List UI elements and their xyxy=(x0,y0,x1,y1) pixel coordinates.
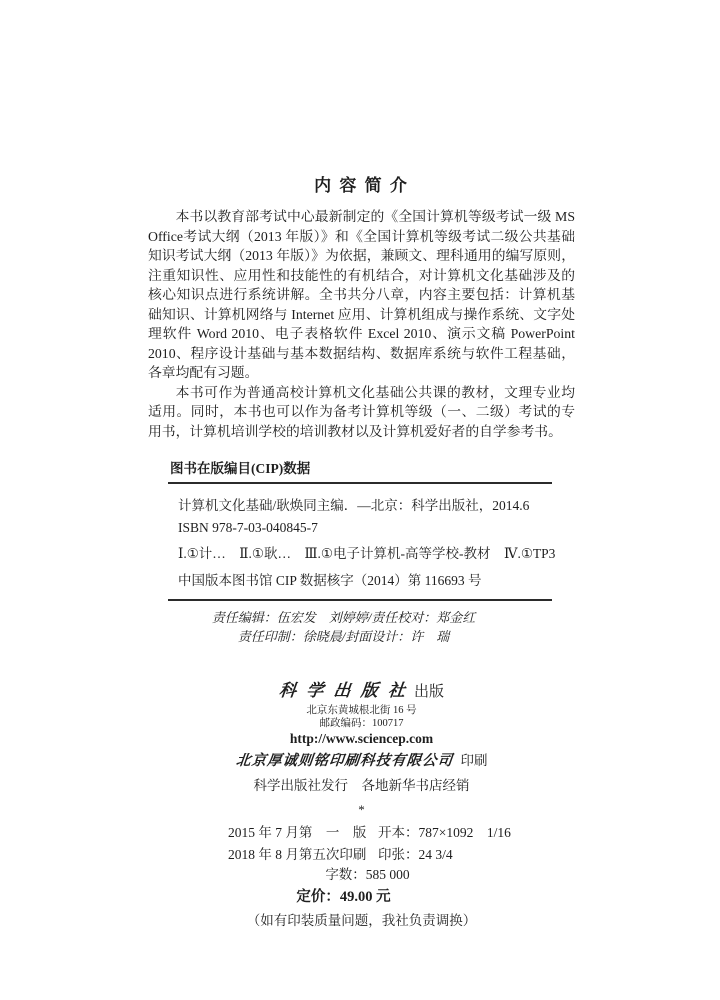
cip-heading: 图书在版编目(CIP)数据 xyxy=(148,460,575,477)
cip-classification: Ⅰ.①计… Ⅱ.①耿… Ⅲ.①电子计算机-高等学校-教材 Ⅳ.①TP3 xyxy=(178,545,575,562)
staff-editors-line: 责任编辑：伍宏发 刘婷婷/责任校对：郑金红 xyxy=(130,608,557,627)
edition-text: 2015 年 7 月第 一 版 xyxy=(228,822,378,844)
copyright-page: 内 容 简 介 本书以教育部考试中心最新制定的《全国计算机等级考试一级 MS O… xyxy=(0,0,720,1000)
intro-paragraph-2: 本书可作为普通高校计算机文化基础公共课的教材，文理专业均适用。同时，本书也可以作… xyxy=(148,383,575,442)
content-column: 内 容 简 介 本书以教育部考试中心最新制定的《全国计算机等级考试一级 MS O… xyxy=(148,0,575,930)
printer-logo: 北京厚诚则铭印刷科技有限公司 xyxy=(235,752,454,770)
cip-content: 计算机文化基础/耿焕同主编．—北京：科学出版社，2014.6 ISBN 978-… xyxy=(148,497,575,589)
press-role-label: 出版 xyxy=(414,684,444,700)
cip-top-rule xyxy=(168,482,552,484)
press-postcode: 邮政编码：100717 xyxy=(148,717,575,730)
print-info-block: 2015 年 7 月第 一 版 开本：787×1092 1/16 2018 年 … xyxy=(148,822,575,930)
cip-title-line: 计算机文化基础/耿焕同主编．—北京：科学出版社，2014.6 xyxy=(178,497,575,514)
staff-print-design-line: 责任印制：徐晓晨/封面设计：许 瑞 xyxy=(130,627,557,646)
quality-note-text: （如有印装质量问题，我社负责调换） xyxy=(148,912,575,930)
printer-role-label: 印刷 xyxy=(461,753,488,768)
cip-record-number: 中国版本图书馆 CIP 数据核字（2014）第 116693 号 xyxy=(178,572,575,589)
edition-format-row: 2015 年 7 月第 一 版 开本：787×1092 1/16 xyxy=(148,822,575,844)
cip-bottom-rule xyxy=(168,599,552,601)
intro-paragraph-1: 本书以教育部考试中心最新制定的《全国计算机等级考试一级 MS Office考试大… xyxy=(148,207,575,383)
publisher-block: 科 学 出 版 社 出版 北京东黄城根北街 16 号 邮政编码：100717 h… xyxy=(148,681,575,816)
printer-line: 北京厚诚则铭印刷科技有限公司 印刷 xyxy=(148,752,575,770)
intro-title: 内 容 简 介 xyxy=(148,176,575,196)
word-count-text: 字数：585 000 xyxy=(154,866,581,884)
cip-block: 图书在版编目(CIP)数据 计算机文化基础/耿焕同主编．—北京：科学出版社，20… xyxy=(148,460,575,601)
format-text: 开本：787×1092 1/16 xyxy=(378,822,511,844)
cip-isbn: ISBN 978-7-03-040845-7 xyxy=(178,519,575,536)
separator-star: * xyxy=(148,803,575,816)
press-address: 北京东黄城根北街 16 号 xyxy=(148,704,575,717)
impression-sheets-row: 2018 年 8 月第五次印刷 印张：24 3/4 xyxy=(148,844,575,866)
distribution-line: 科学出版社发行 各地新华书店经销 xyxy=(148,777,575,794)
science-press-logo: 科 学 出 版 社 xyxy=(278,681,409,701)
press-website: http://www.sciencep.com xyxy=(148,731,575,746)
price-text: 定价：49.00 元 xyxy=(130,888,557,906)
press-logo-line: 科 学 出 版 社 出版 xyxy=(148,681,575,702)
staff-block: 责任编辑：伍宏发 刘婷婷/责任校对：郑金红 责任印制：徐晓晨/封面设计：许 瑞 xyxy=(130,608,557,646)
sheets-text: 印张：24 3/4 xyxy=(378,844,453,866)
impression-text: 2018 年 8 月第五次印刷 xyxy=(228,844,378,866)
